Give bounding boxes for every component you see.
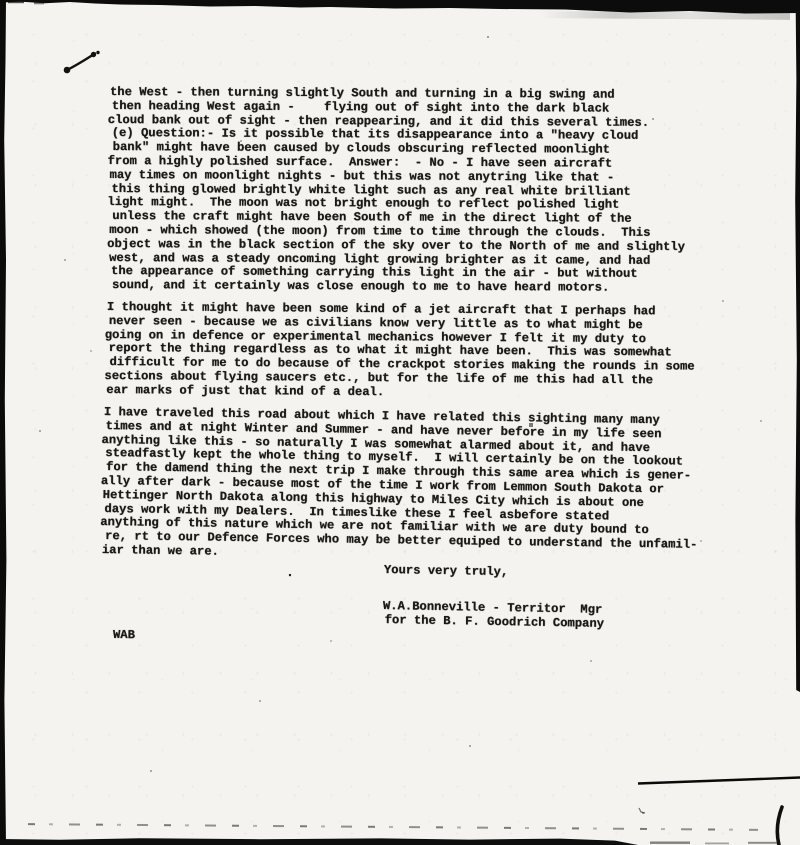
document-page: the West - then turning slightly South a… (0, 0, 800, 845)
typist-initials: WAB (113, 629, 135, 643)
closing-salutation: Yours very truly, (384, 564, 509, 580)
pen-mark-bottom-right (777, 807, 782, 845)
signature-company: for the B. F. Goodrich Company (385, 614, 605, 632)
scan-edge-right (795, 0, 800, 692)
pen-mark-top-left (64, 51, 99, 72)
signature-block: W.A.Bonneville - Territor Mgr for the B.… (383, 600, 605, 631)
scanner-smudge (540, 11, 790, 20)
scan-edge-bottom (0, 838, 638, 845)
scan-dotted-line (28, 823, 758, 831)
paragraph-jet-aircraft-doubt: I thought it might have been some kind o… (106, 301, 695, 402)
paragraph-sighting-description: the West - then turning slightly South a… (109, 86, 686, 296)
typewritten-line: sound, and it certainly was close enough… (112, 279, 685, 296)
scan-noise-speckles (487, 36, 489, 38)
stray-tick-mark (639, 808, 645, 813)
scan-line-bottom-right (638, 778, 800, 784)
paragraph-travel-and-duty: I have traveled this road about which I … (102, 406, 700, 567)
stray-period-mark: . (286, 566, 294, 580)
scan-edge-left (0, 0, 6, 845)
